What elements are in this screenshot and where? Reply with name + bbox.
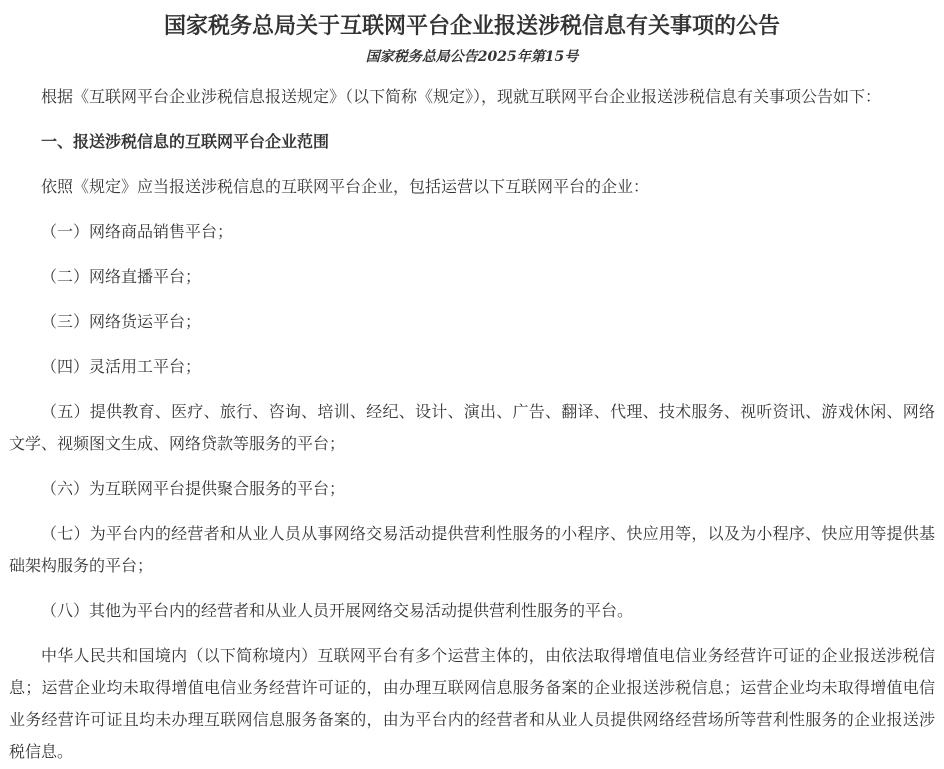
- closing-paragraph: 中华人民共和国境内（以下简称境内）互联网平台有多个运营主体的，由依法取得增值电信…: [9, 640, 935, 768]
- list-item-6: （六）为互联网平台提供聚合服务的平台；: [9, 473, 935, 505]
- list-item-5: （五）提供教育、医疗、旅行、咨询、培训、经纪、设计、演出、广告、翻译、代理、技术…: [9, 396, 935, 460]
- list-item-2: （二）网络直播平台；: [9, 261, 935, 293]
- section-one-heading: 一、报送涉税信息的互联网平台企业范围: [9, 126, 935, 158]
- list-item-4: （四）灵活用工平台；: [9, 351, 935, 383]
- document-title: 国家税务总局关于互联网平台企业报送涉税信息有关事项的公告: [9, 12, 935, 41]
- intro-paragraph: 根据《互联网平台企业涉税信息报送规定》（以下简称《规定》），现就互联网平台企业报…: [9, 81, 935, 113]
- section-one-lead: 依照《规定》应当报送涉税信息的互联网平台企业，包括运营以下互联网平台的企业：: [9, 171, 935, 203]
- list-item-8: （八）其他为平台内的经营者和从业人员开展网络交易活动提供营利性服务的平台。: [9, 595, 935, 627]
- announcement-document: 国家税务总局关于互联网平台企业报送涉税信息有关事项的公告 国家税务总局公告202…: [0, 0, 944, 769]
- list-item-7: （七）为平台内的经营者和从业人员从事网络交易活动提供营利性服务的小程序、快应用等…: [9, 518, 935, 582]
- document-body: 根据《互联网平台企业涉税信息报送规定》（以下简称《规定》），现就互联网平台企业报…: [9, 81, 935, 768]
- list-item-3: （三）网络货运平台；: [9, 306, 935, 338]
- document-number: 国家税务总局公告2025年第15号: [9, 47, 935, 68]
- list-item-1: （一）网络商品销售平台；: [9, 216, 935, 248]
